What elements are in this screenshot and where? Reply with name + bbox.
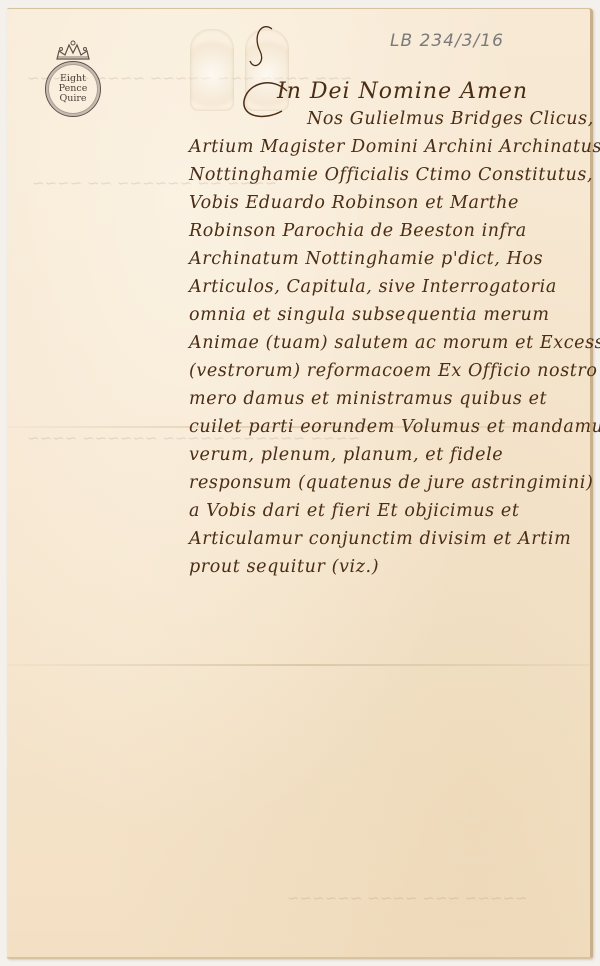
preamble-line: prout sequitur (viz.) <box>189 557 379 577</box>
preamble-line: Artium Magister Domini Archini Archinatu… <box>189 137 600 157</box>
tax-stamp: Eight Pence Quire <box>45 39 101 117</box>
stamp-line: Quire <box>59 94 86 104</box>
fold-crease <box>7 664 590 666</box>
preamble-line: Archinatum Nottinghamie p'dict, Hos <box>189 249 543 269</box>
preamble-line: Articulamur conjunctim divisim et Artim <box>189 529 571 549</box>
archive-reference: LB 234/3/16 <box>390 31 504 51</box>
preamble-line: Nos Gulielmus Bridges Clicus, <box>307 109 594 129</box>
embossed-duty-stamp <box>190 29 234 111</box>
bleed-through-text: ~~~~~ ~~~ ~~~~ ~~~~~~ <box>287 889 528 907</box>
stamp-seal: Eight Pence Quire <box>45 61 101 117</box>
document-heading: In Dei Nomine Amen <box>277 79 528 104</box>
preamble-line: a Vobis dari et fieri Et objicimus et <box>189 501 520 521</box>
manuscript-page: ~~~ ~~~~ ~~~ ~~~~~ ~~~~ ~~~~~ ~~~~ ~~ ~~… <box>7 8 593 959</box>
preamble-line: Robinson Parochia de Beeston infra <box>189 221 527 241</box>
preamble-line: responsum (quatenus de jure astringimini… <box>189 473 593 493</box>
preamble-line: omnia et singula subsequentia merum <box>189 305 550 325</box>
preamble-line: Animae (tuam) salutem ac morum et Excess… <box>189 333 600 353</box>
preamble-line: Articulos, Capitula, sive Interrogatoria <box>189 277 557 297</box>
preamble-line: cuilet parti eorundem Volumus et mandamu… <box>189 417 600 437</box>
preamble-line: Vobis Eduardo Robinson et Marthe <box>189 193 519 213</box>
preamble-line: mero damus et ministramus quibus et <box>189 389 547 409</box>
preamble-line: verum, plenum, planum, et fidele <box>189 445 503 465</box>
preamble-line: Nottinghamie Officialis Ctimo Constitutu… <box>189 165 593 185</box>
crown-icon <box>53 39 93 61</box>
flourish-icon <box>232 21 292 131</box>
preamble-line: (vestrorum) reformacoem Ex Officio nostr… <box>189 361 598 381</box>
